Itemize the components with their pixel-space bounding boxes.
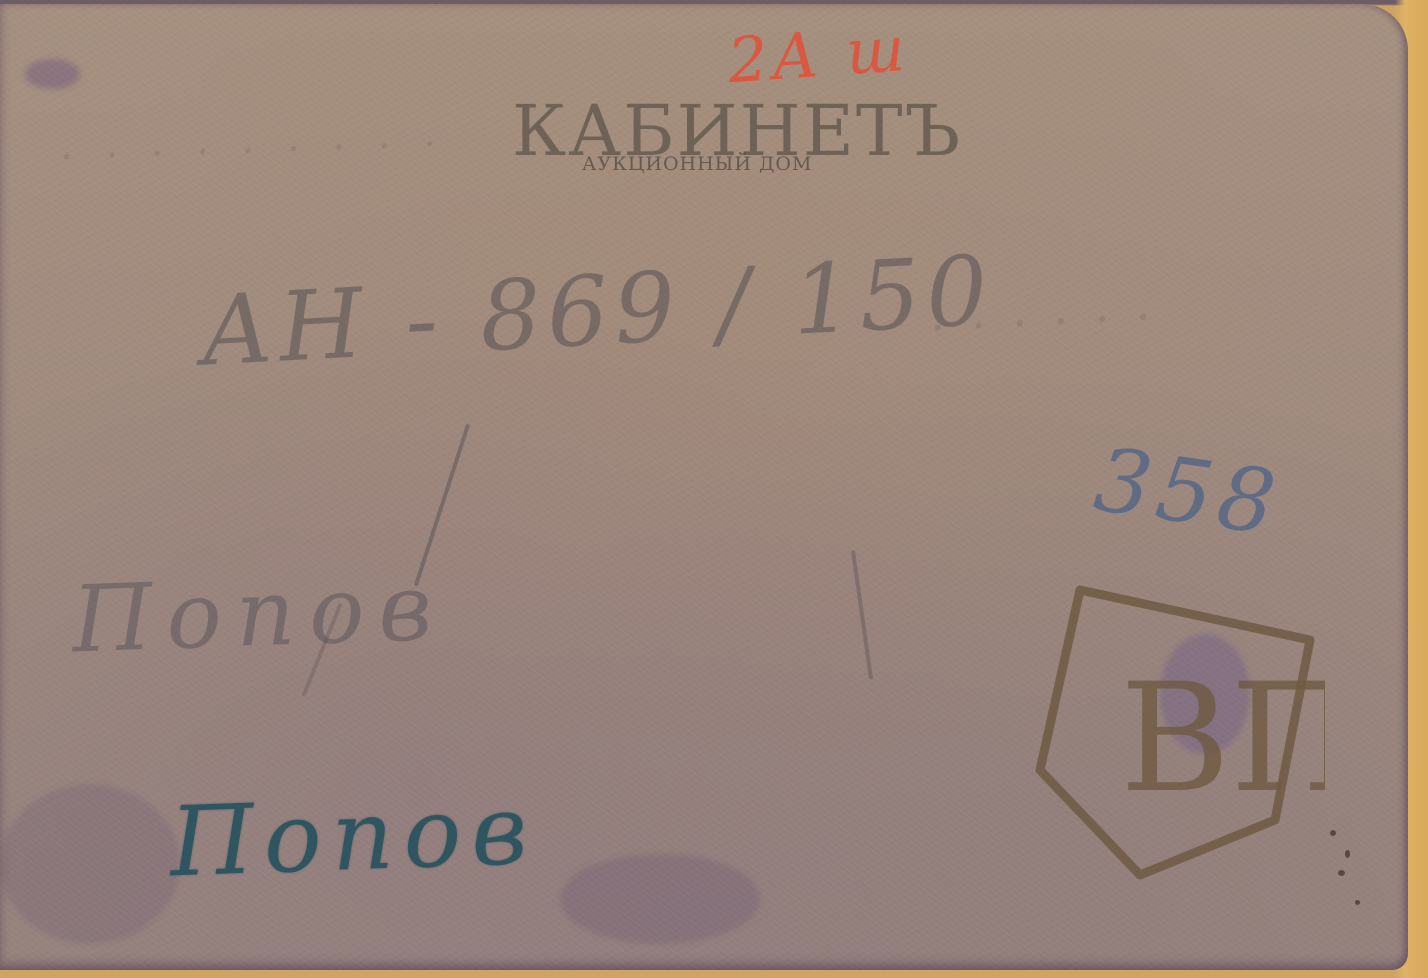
red-pencil-mark: 2А ш: [726, 12, 911, 97]
speck: [1338, 870, 1345, 876]
auction-watermark: КАБИНЕТЪ АУКЦИОННЫЙ ДОМ: [512, 95, 912, 167]
stamp-monogram: ВП: [1120, 652, 1325, 826]
artist-signature: Попов: [168, 774, 539, 899]
purple-smudge: [0, 784, 180, 944]
stain: [25, 59, 80, 89]
speck: [1330, 830, 1336, 836]
speck: [1355, 900, 1360, 905]
artwork-reverse-photo: 2А ш · · · · · · · · · · · · · · · КАБИН…: [0, 0, 1428, 978]
monogram-stamp-icon: ВП: [1035, 575, 1325, 885]
purple-smudge: [560, 854, 760, 944]
watermark-subtitle: АУКЦИОННЫЙ ДОМ: [582, 153, 812, 175]
pencil-name-inscription: Попов: [70, 554, 447, 674]
speck: [1345, 850, 1350, 858]
